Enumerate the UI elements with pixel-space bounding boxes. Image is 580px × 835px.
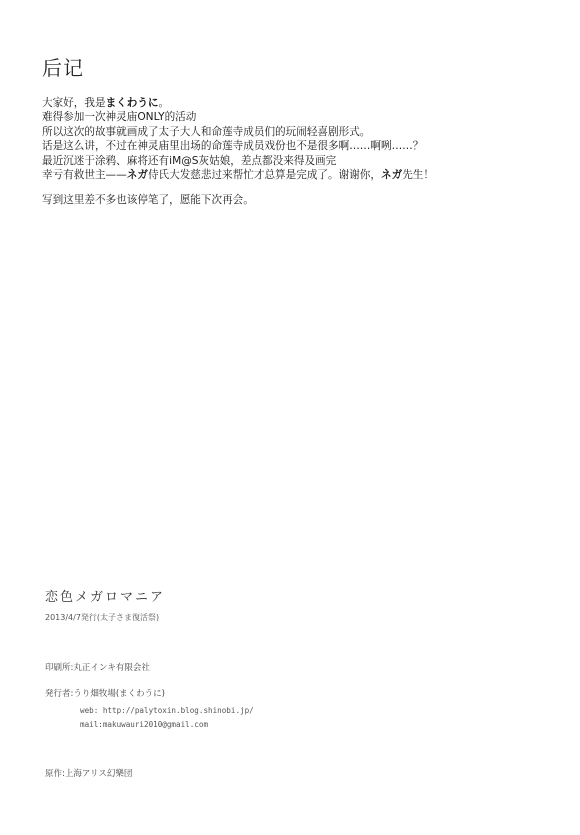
author-name: まくわうに	[106, 97, 159, 109]
helper-name: ネガ	[381, 169, 402, 181]
email-address: mail:makuwauri2010@gmail.com	[80, 720, 208, 729]
helper-name: ネガ	[127, 169, 148, 181]
text: 大家好，我是	[42, 97, 106, 109]
paragraph-gap	[42, 182, 434, 193]
website-url: web: http://palytoxin.blog.shinobi.jp/	[80, 706, 254, 715]
page-title: 后记	[42, 52, 84, 81]
afterword-line-3: 所以这次的故事就画成了太子大人和命莲寺成员们的玩闹轻喜剧形式。	[42, 125, 434, 139]
publication-date: 2013/4/7発行(太子さま復活祭)	[45, 612, 159, 623]
afterword-line-2: 难得参加一次神灵庙ONLY的活动	[42, 110, 434, 124]
afterword-body: 大家好，我是まくわうに。 难得参加一次神灵庙ONLY的活动 所以这次的故事就画成…	[42, 96, 434, 208]
publisher-info: 発行者:うり畑牧場(まくわうに)	[45, 687, 165, 699]
printer-info: 印刷所:丸正インキ有限会社	[45, 661, 150, 673]
book-title: 恋色メガロマニア	[45, 586, 165, 605]
afterword-line-1: 大家好，我是まくわうに。	[42, 96, 434, 110]
afterword-closing: 写到这里差不多也该停笔了，愿能下次再会。	[42, 193, 434, 207]
text: 侍氏大发慈悲过来帮忙才总算是完成了。谢谢你，	[148, 169, 381, 181]
text: 幸亏有救世主——	[42, 169, 127, 181]
text: 。	[159, 97, 170, 109]
afterword-line-4: 话是这么讲，不过在神灵庙里出场的命莲寺成员戏份也不是很多啊……啊咧……？	[42, 139, 434, 153]
afterword-line-5: 最近沉迷于涂鸦、麻将还有iM@S灰姑娘，差点都没来得及画完	[42, 154, 434, 168]
text: 先生！	[402, 169, 434, 181]
afterword-line-6: 幸亏有救世主——ネガ侍氏大发慈悲过来帮忙才总算是完成了。谢谢你，ネガ先生！	[42, 168, 434, 182]
original-work-credit: 原作:上海アリス幻樂団	[45, 767, 132, 779]
